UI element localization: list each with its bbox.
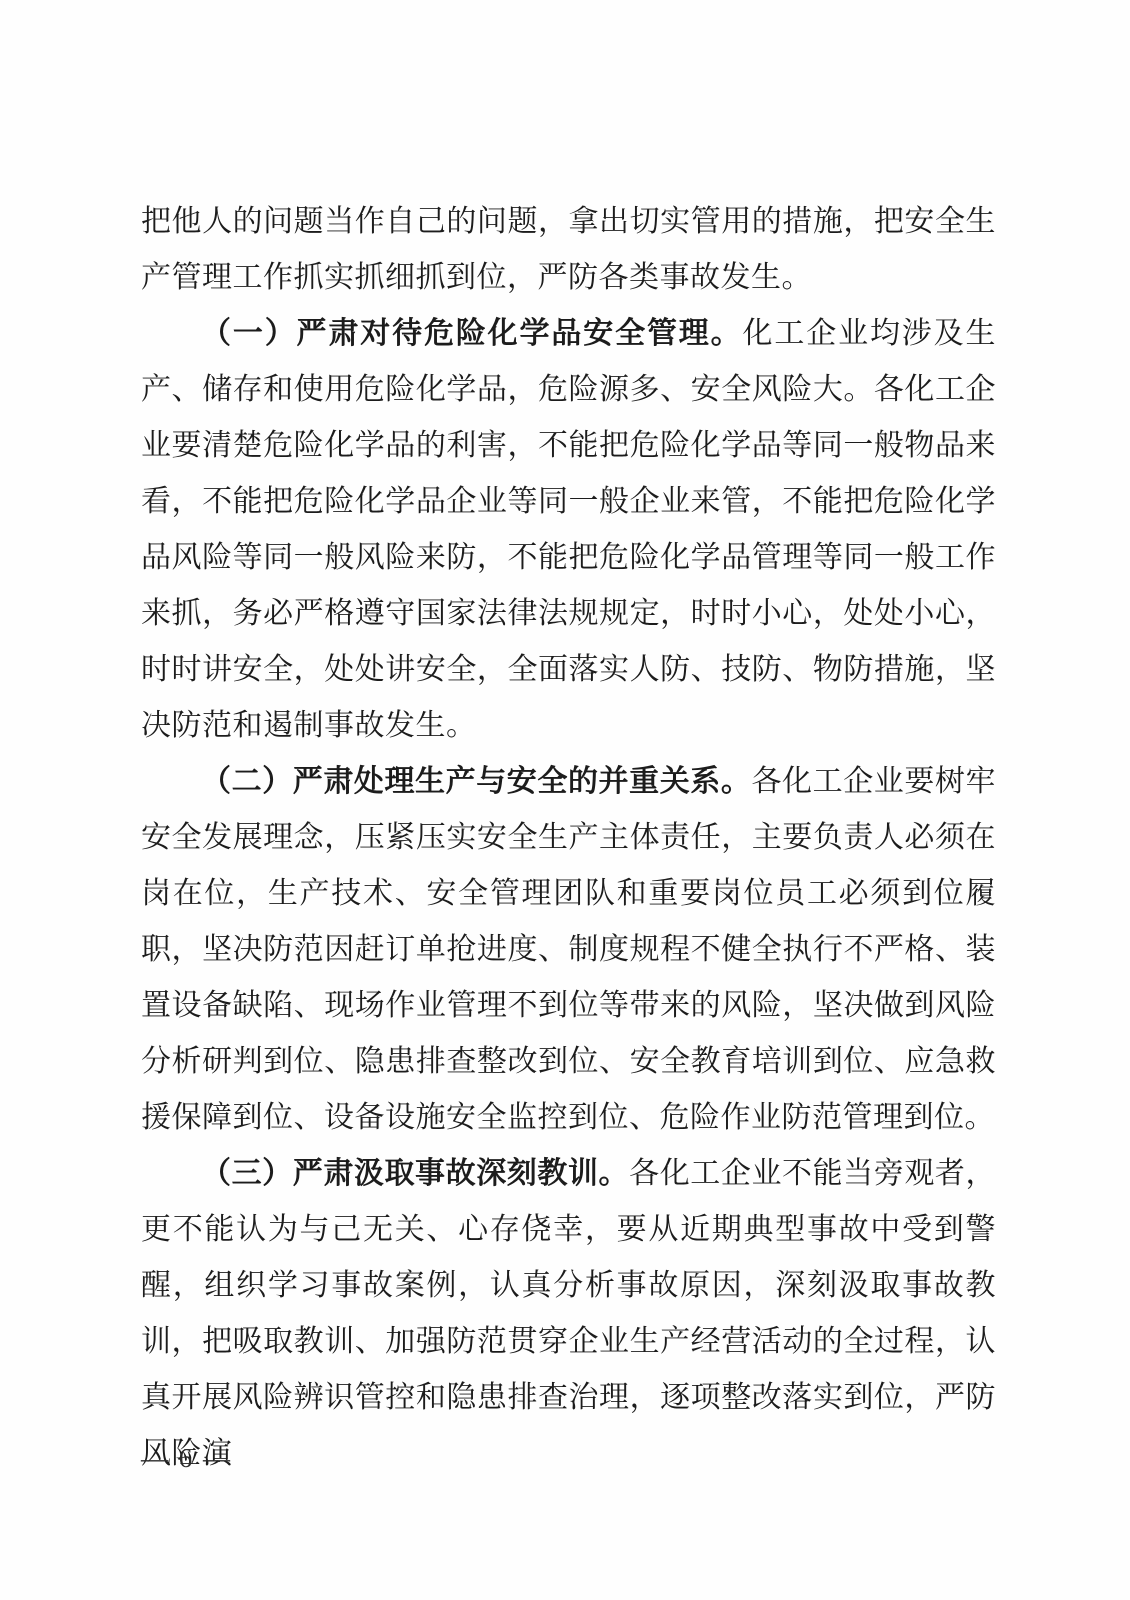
section-heading: （三）严肃汲取事故深刻教训。 xyxy=(201,1157,629,1190)
page-number: — 6 — xyxy=(141,1443,232,1473)
paragraph-continuation: 把他人的问题当作自己的问题，拿出切实管用的措施，把安全生产管理工作抓实抓细抓到位… xyxy=(141,194,996,306)
paragraph-text: 各化工企业不能当旁观者，更不能认为与己无关、心存侥幸，要从近期典型事故中受到警醒… xyxy=(141,1157,996,1470)
paragraph-text: 化工企业均涉及生产、储存和使用危险化学品，危险源多、安全风险大。各化工企业要清楚… xyxy=(141,317,996,742)
page-footer: — 6 — xyxy=(141,1438,232,1478)
paragraph-section-2: （二）严肃处理生产与安全的并重关系。各化工企业要树牢安全发展理念，压紧压实安全生… xyxy=(141,754,996,1146)
paragraph-section-1: （一）严肃对待危险化学品安全管理。化工企业均涉及生产、储存和使用危险化学品，危险… xyxy=(141,306,996,754)
paragraph-text: 各化工企业要树牢安全发展理念，压紧压实安全生产主体责任，主要负责人必须在岗在位，… xyxy=(141,765,996,1134)
section-heading: （一）严肃对待危险化学品安全管理。 xyxy=(201,317,743,350)
document-page: 把他人的问题当作自己的问题，拿出切实管用的措施，把安全生产管理工作抓实抓细抓到位… xyxy=(0,0,1130,1600)
document-content: 把他人的问题当作自己的问题，拿出切实管用的措施，把安全生产管理工作抓实抓细抓到位… xyxy=(141,0,996,1482)
section-heading: （二）严肃处理生产与安全的并重关系。 xyxy=(201,765,751,798)
paragraph-section-3: （三）严肃汲取事故深刻教训。各化工企业不能当旁观者，更不能认为与己无关、心存侥幸… xyxy=(141,1146,996,1482)
paragraph-text: 把他人的问题当作自己的问题，拿出切实管用的措施，把安全生产管理工作抓实抓细抓到位… xyxy=(141,205,996,294)
